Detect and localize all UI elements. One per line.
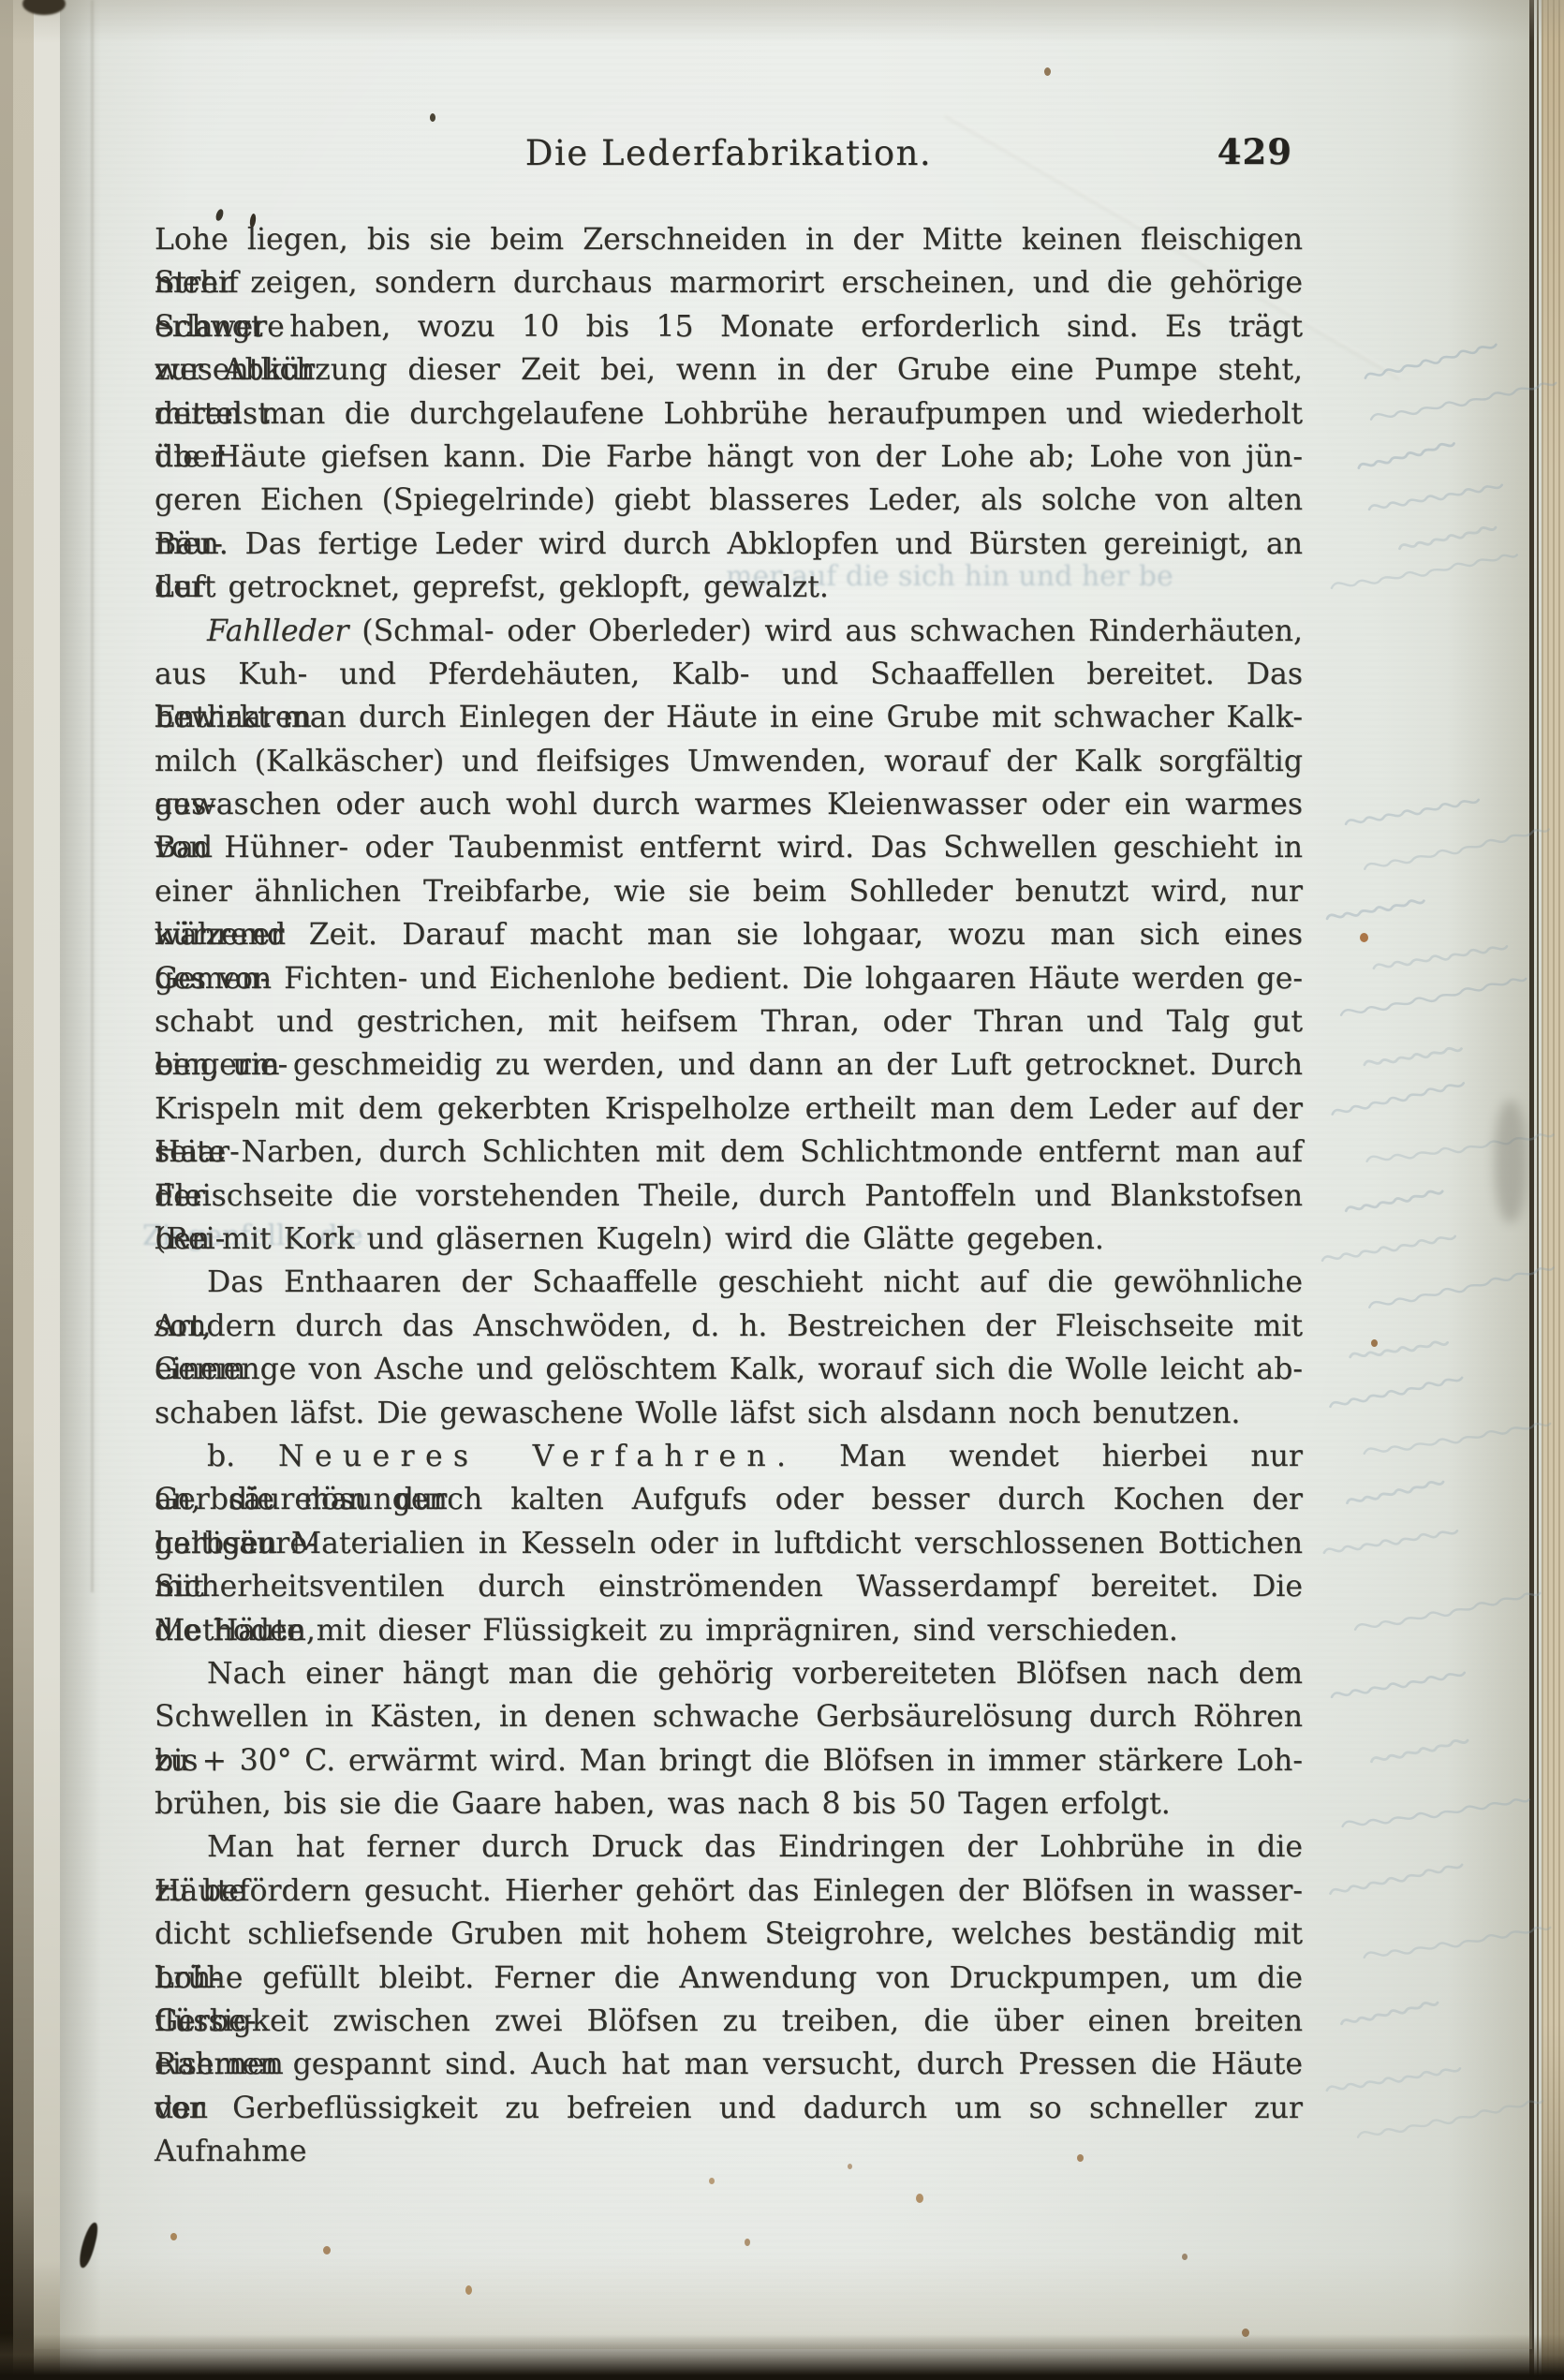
left-under-page-edge bbox=[34, 0, 60, 2380]
page-number: 429 bbox=[1161, 131, 1292, 172]
text-line: Man hat ferner durch Druck das Eindringe… bbox=[155, 1826, 1303, 1869]
foxing-speck bbox=[745, 2239, 750, 2246]
text-line: ges von Fichten- und Eichenlohe bedient.… bbox=[155, 957, 1303, 1000]
text-line: die Häute mit dieser Flüssigkeit zu impr… bbox=[155, 1609, 1303, 1652]
text-line: sondern durch das Anschwöden, d. h. Best… bbox=[155, 1305, 1303, 1348]
text-line: zur Abkürzung dieser Zeit bei, wenn in d… bbox=[155, 348, 1303, 392]
text-line: aus Kuh- und Pferdehäuten, Kalb- und Sch… bbox=[155, 653, 1303, 696]
foxing-speck bbox=[916, 2194, 923, 2203]
text-line: Das Enthaaren der Schaaffelle geschieht … bbox=[155, 1261, 1303, 1304]
foxing-speck bbox=[709, 2178, 715, 2184]
text-line: einer ähnlichen Treibfarbe, wie sie beim… bbox=[155, 870, 1303, 913]
scanned-book-page: mer auf die sich hin und her be Ziegenfe… bbox=[0, 0, 1564, 2380]
text-line: kürzerer Zeit. Darauf macht man sie lohg… bbox=[155, 913, 1303, 956]
text-line: die Häute giefsen kann. Die Farbe hängt … bbox=[155, 436, 1303, 479]
text-line: deren man die durchgelaufene Lohbrühe he… bbox=[155, 392, 1303, 436]
running-header-title: Die Lederfabrikation. bbox=[155, 133, 1303, 173]
right-page-edge-line bbox=[1529, 0, 1534, 2380]
text-line: b. Neueres Verfahren. Man wendet hierbei… bbox=[155, 1435, 1303, 1478]
text-line: Lohe liegen, bis sie beim Zerschneiden i… bbox=[155, 218, 1303, 261]
book-spine-edge bbox=[0, 0, 13, 2380]
text-line: erlangt haben, wozu 10 bis 15 Monate erf… bbox=[155, 305, 1303, 348]
foxing-speck bbox=[1360, 933, 1368, 942]
text-line: dicht schliefsende Gruben mit hohem Stei… bbox=[155, 1913, 1303, 1956]
text-line: brühe gefüllt bleibt. Ferner die Anwendu… bbox=[155, 1957, 1303, 2000]
text-line: haltigen Materialien in Kesseln oder in … bbox=[155, 1522, 1303, 1565]
text-line: bewirkt man durch Einlegen der Häute in … bbox=[155, 696, 1303, 739]
text-line: gewaschen oder auch wohl durch warmes Kl… bbox=[155, 783, 1303, 826]
text-line: schabt und gestrichen, mit heifsem Thran… bbox=[155, 1000, 1303, 1043]
foxing-speck bbox=[323, 2246, 331, 2254]
top-edge-shadow bbox=[0, 0, 1564, 43]
text-line: Fleischseite die vorstehenden Theile, du… bbox=[155, 1175, 1303, 1218]
text-line: men. Das fertige Leder wird durch Abklop… bbox=[155, 523, 1303, 566]
text-line: der Gerbeflüssigkeit zu befreien und dad… bbox=[155, 2087, 1303, 2130]
foxing-speck bbox=[1371, 1339, 1378, 1347]
text-line: Fahlleder (Schmal- oder Oberleder) wird … bbox=[155, 610, 1303, 653]
left-page-stack-edge bbox=[13, 0, 34, 2380]
text-line: flüssigkeit zwischen zwei Blöfsen zu tre… bbox=[155, 2000, 1303, 2043]
text-line: mehr zeigen, sondern durchaus marmorirt … bbox=[155, 261, 1303, 304]
text-line: Gemenge von Asche und gelöschtem Kalk, w… bbox=[155, 1348, 1303, 1391]
right-page-edge-line-2 bbox=[1537, 0, 1539, 2380]
text-line: seite Narben, durch Schlichten mit dem S… bbox=[155, 1131, 1303, 1174]
text-line: an, die man durch kalten Aufgufs oder be… bbox=[155, 1478, 1303, 1521]
text-line: zu befördern gesucht. Hierher gehört das… bbox=[155, 1870, 1303, 1913]
text-line: Nach einer hängt man die gehörig vorbere… bbox=[155, 1652, 1303, 1695]
text-line: ben mit Kork und gläsernen Kugeln) wird … bbox=[155, 1218, 1303, 1261]
ink-speck bbox=[430, 113, 435, 122]
text-line: brühen, bis sie die Gaare haben, was nac… bbox=[155, 1782, 1303, 1826]
text-line: Rahmen gespannt sind. Auch hat man versu… bbox=[155, 2043, 1303, 2086]
text-line: zu + 30° C. erwärmt wird. Man bringt die… bbox=[155, 1739, 1303, 1782]
text-line: von Hühner- oder Taubenmist entfernt wir… bbox=[155, 826, 1303, 869]
body-text-block: Lohe liegen, bis sie beim Zerschneiden i… bbox=[155, 218, 1303, 2130]
text-line: ben, um geschmeidig zu werden, und dann … bbox=[155, 1043, 1303, 1087]
text-line: geren Eichen (Spiegelrinde) giebt blasse… bbox=[155, 479, 1303, 522]
foxing-speck bbox=[170, 2233, 177, 2240]
foxing-speck bbox=[848, 2164, 852, 2169]
ink-smudge bbox=[1495, 1101, 1527, 1222]
foxing-speck bbox=[465, 2285, 472, 2295]
foxing-speck bbox=[1182, 2254, 1188, 2260]
text-line: Krispeln mit dem gekerbten Krispelholze … bbox=[155, 1087, 1303, 1131]
text-line: schaben läfst. Die gewaschene Wolle läfs… bbox=[155, 1392, 1303, 1435]
text-line: Schwellen in Kästen, in denen schwache G… bbox=[155, 1695, 1303, 1738]
foxing-speck bbox=[1077, 2154, 1084, 2162]
text-line: Sicherheitsventilen durch einströmenden … bbox=[155, 1565, 1303, 1608]
text-line: Luft getrocknet, geprefst, geklopft, gew… bbox=[155, 566, 1303, 609]
gutter-shadow bbox=[60, 0, 101, 2380]
paper-crease bbox=[91, 0, 94, 1592]
bottom-page-edge bbox=[0, 2334, 1564, 2380]
fore-edge-paper-stack bbox=[1542, 0, 1564, 2380]
text-line: milch (Kalkäscher) und fleifsiges Umwend… bbox=[155, 740, 1303, 783]
foxing-speck bbox=[1044, 67, 1051, 76]
